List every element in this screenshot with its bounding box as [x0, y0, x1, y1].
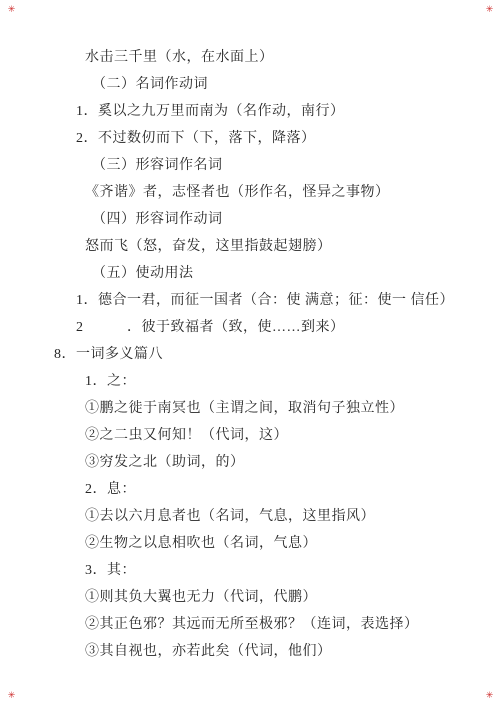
text-line: 《齐谐》者，志怪者也（形作名，怪异之事物）: [0, 179, 500, 206]
text-line: ①去以六月息者也（名词，气息，这里指风）: [0, 503, 500, 530]
text-line: 2．息：: [0, 476, 500, 503]
text-line: （五）使动用法: [0, 260, 500, 287]
corner-mark-icon: ✳: [485, 691, 494, 700]
text-line: 1．德合一君，而征一国者（合：使 满意；征：使一 信任）: [0, 287, 500, 314]
text-line: 怒而飞（怒，奋发，这里指鼓起翅膀）: [0, 233, 500, 260]
text-line: 1．之：: [0, 368, 500, 395]
document-page: ✳ ✳ ✳ ✳ 水击三千里（水，在水面上）（二）名词作动词1．奚以之九万里而南为…: [0, 0, 500, 728]
document-text: 水击三千里（水，在水面上）（二）名词作动词1．奚以之九万里而南为（名作动，南行）…: [0, 44, 500, 665]
text-line: （三）形容词作名词: [0, 152, 500, 179]
corner-mark-icon: ✳: [7, 691, 16, 700]
text-line: （四）形容词作动词: [0, 206, 500, 233]
text-line: 2 ．彼于致福者（致，使……到来）: [0, 314, 500, 341]
corner-mark-icon: ✳: [485, 5, 494, 14]
text-line: ①鹏之徙于南冥也（主谓之间，取消句子独立性）: [0, 395, 500, 422]
text-line: ②之二虫又何知！（代词，这）: [0, 422, 500, 449]
text-line: （二）名词作动词: [0, 71, 500, 98]
text-line: 3．其：: [0, 557, 500, 584]
text-line: 8．一词多义篇八: [0, 341, 500, 368]
text-line: 1．奚以之九万里而南为（名作动，南行）: [0, 98, 500, 125]
text-line: 水击三千里（水，在水面上）: [0, 44, 500, 71]
text-line: ②生物之以息相吹也（名词，气息）: [0, 530, 500, 557]
text-line: ③其自视也，亦若此矣（代词，他们）: [0, 638, 500, 665]
text-line: ③穷发之北（助词，的）: [0, 449, 500, 476]
text-line: 2．不过数仞而下（下，落下，降落）: [0, 125, 500, 152]
text-line: ②其正色邪？其远而无所至极邪？（连词，表选择）: [0, 611, 500, 638]
corner-mark-icon: ✳: [7, 5, 16, 14]
text-line: ①则其负大翼也无力（代词，代鹏）: [0, 584, 500, 611]
